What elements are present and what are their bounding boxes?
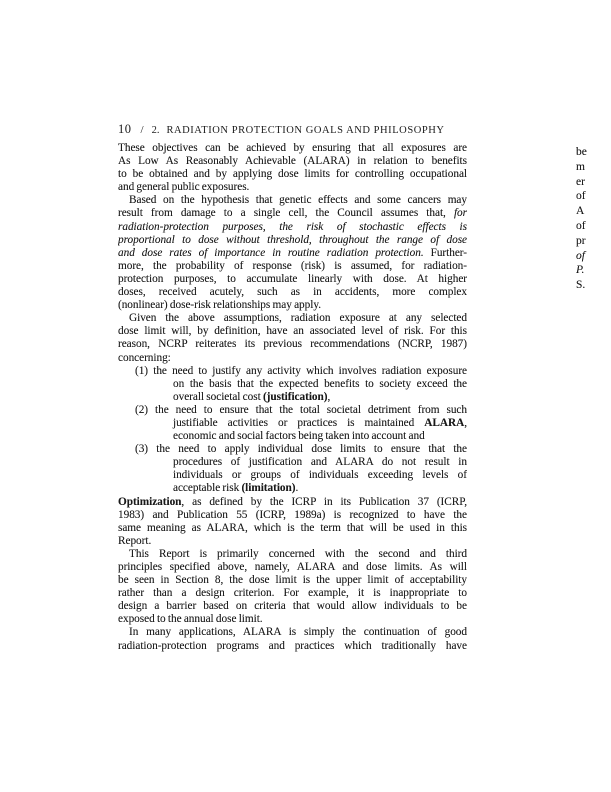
text-line: more, the probability of response (risk)…	[118, 260, 467, 273]
text-segment: Optimization	[118, 496, 181, 508]
text-line: Given the above assumptions, radiation e…	[118, 312, 467, 325]
text-line: These objectives can be achieved by ensu…	[118, 142, 467, 155]
text-line: This Report is primarily concerned with …	[118, 548, 467, 561]
text-segment: be seen in Section 8, the dose limit is …	[118, 574, 467, 586]
text-segment: These objectives can be achieved by ensu…	[118, 142, 467, 154]
text-line: In many applications, ALARA is simply th…	[118, 626, 467, 639]
text-line: to be obtained and by applying dose limi…	[118, 168, 467, 181]
text-segment: on the basis that the expected benefits …	[173, 378, 467, 390]
body-text: These objectives can be achieved by ensu…	[118, 142, 467, 653]
text-line: proportional to dose without threshold, …	[118, 234, 467, 247]
text-segment: protection purposes, to accumulate linea…	[118, 273, 467, 285]
text-line: procedures of justification and ALARA do…	[118, 456, 467, 469]
text-line: principles specified above, namely, ALAR…	[118, 561, 467, 574]
text-line: rather than a design criterion. For exam…	[118, 587, 467, 600]
text-segment: radiation-protection programs and practi…	[118, 640, 467, 652]
text-segment: reason, NCRP reiterates its previous rec…	[118, 338, 467, 350]
text-line: doses, received acutely, such as in acci…	[118, 286, 467, 299]
text-segment: 1983) and Publication 55 (ICRP, 1989a) i…	[118, 509, 467, 521]
text-line: reason, NCRP reiterates its previous rec…	[118, 338, 467, 351]
text-line: exposed to the annual dose limit.	[118, 613, 467, 626]
text-segment: In many applications, ALARA is simply th…	[129, 626, 467, 638]
facing-page-text-fragment: of	[576, 249, 611, 264]
text-segment: Given the above assumptions, radiation e…	[129, 312, 467, 324]
text-line: design a barrier based on criteria that …	[118, 600, 467, 613]
text-segment: to be obtained and by applying dose limi…	[118, 168, 467, 180]
text-line: result from damage to a single cell, the…	[118, 207, 467, 220]
text-segment: As Low As Reasonably Achievable (ALARA) …	[118, 155, 467, 167]
text-segment: economic and social factors being taken …	[173, 430, 425, 442]
text-segment: rather than a design criterion. For exam…	[118, 587, 467, 599]
chapter-title: RADIATION PROTECTION GOALS AND PHILOSOPH…	[166, 125, 444, 136]
facing-page-text-fragment: S.	[576, 278, 611, 293]
text-line: individuals or groups of individuals exc…	[118, 469, 467, 482]
text-line: Report.	[118, 535, 467, 548]
text-segment: ,	[327, 391, 330, 403]
text-line: economic and social factors being taken …	[118, 430, 467, 443]
text-segment: procedures of justification and ALARA do…	[173, 456, 467, 468]
header-separator: /	[141, 124, 144, 136]
text-segment: Report.	[118, 535, 151, 547]
text-segment: concerning:	[118, 352, 171, 364]
text-segment: proportional to dose without threshold, …	[118, 234, 467, 246]
facing-page-fragments: bemerofAofprofP.S.	[576, 145, 611, 293]
facing-page-text-fragment: A	[576, 204, 611, 219]
text-segment: more, the probability of response (risk)…	[118, 260, 467, 272]
text-line: protection purposes, to accumulate linea…	[118, 273, 467, 286]
scanned-document-page: 10/2.RADIATION PROTECTION GOALS AND PHIL…	[0, 0, 611, 792]
page-number: 10	[118, 122, 132, 136]
facing-page-text-fragment: of	[576, 189, 611, 204]
facing-page-text-fragment: be	[576, 145, 611, 160]
facing-page-text-fragment: P.	[576, 263, 611, 278]
text-segment: radiation-protection purposes, the risk …	[118, 221, 467, 233]
text-segment: exposed to the annual dose limit.	[118, 613, 263, 625]
text-line: 1983) and Publication 55 (ICRP, 1989a) i…	[118, 509, 467, 522]
text-segment: overall societal cost	[173, 391, 263, 403]
text-line: acceptable risk (limitation).	[118, 482, 467, 495]
text-line: Optimization, as defined by the ICRP in …	[118, 496, 467, 509]
text-line: As Low As Reasonably Achievable (ALARA) …	[118, 155, 467, 168]
text-line: (1) the need to justify any activity whi…	[118, 365, 467, 378]
text-segment: doses, received acutely, such as in acci…	[118, 286, 467, 298]
text-segment: individuals or groups of individuals exc…	[173, 469, 467, 481]
text-segment: design a barrier based on criteria that …	[118, 600, 467, 612]
chapter-number: 2.	[152, 125, 160, 136]
text-segment: acceptable risk	[173, 482, 241, 494]
text-line: be seen in Section 8, the dose limit is …	[118, 574, 467, 587]
text-segment: (2) the need to ensure that the total so…	[135, 404, 467, 416]
text-segment: ,	[464, 417, 467, 429]
text-segment: This Report is primarily concerned with …	[129, 548, 467, 560]
text-line: Based on the hypothesis that genetic eff…	[118, 194, 467, 207]
text-segment: (limitation)	[241, 482, 295, 494]
text-segment: result from damage to a single cell, the…	[118, 207, 454, 219]
text-segment: dose limit will, by definition, have an …	[118, 325, 467, 337]
text-segment: (nonlinear) dose-risk relationships may …	[118, 299, 321, 311]
facing-page-text-fragment: of	[576, 219, 611, 234]
text-segment: ALARA	[424, 417, 464, 429]
text-segment: (1) the need to justify any activity whi…	[135, 365, 467, 377]
text-line: and general public exposures.	[118, 181, 467, 194]
running-header: 10/2.RADIATION PROTECTION GOALS AND PHIL…	[118, 120, 445, 138]
text-segment: and general public exposures.	[118, 181, 249, 193]
text-segment: justifiable activities or practices is m…	[173, 417, 424, 429]
text-segment: .	[295, 482, 298, 494]
text-segment: (3) the need to apply individual dose li…	[135, 443, 467, 455]
text-segment: , as defined by the ICRP in its Publicat…	[181, 496, 467, 508]
text-line: justifiable activities or practices is m…	[118, 417, 467, 430]
text-line: on the basis that the expected benefits …	[118, 378, 467, 391]
text-line: overall societal cost (justification),	[118, 391, 467, 404]
text-line: (2) the need to ensure that the total so…	[118, 404, 467, 417]
text-line: same meaning as ALARA, which is the term…	[118, 522, 467, 535]
text-line: (nonlinear) dose-risk relationships may …	[118, 299, 467, 312]
text-segment: (justification)	[263, 391, 328, 403]
text-segment: principles specified above, namely, ALAR…	[118, 561, 467, 573]
text-line: dose limit will, by definition, have an …	[118, 325, 467, 338]
facing-page-text-fragment: er	[576, 175, 611, 190]
text-segment: and dose rates of importance in routine …	[118, 247, 424, 259]
text-segment: for	[454, 207, 467, 219]
text-segment: Based on the hypothesis that genetic eff…	[129, 194, 467, 206]
text-line: radiation-protection programs and practi…	[118, 640, 467, 653]
text-segment: same meaning as ALARA, which is the term…	[118, 522, 467, 534]
text-line: (3) the need to apply individual dose li…	[118, 443, 467, 456]
text-line: concerning:	[118, 352, 467, 365]
facing-page-text-fragment: m	[576, 160, 611, 175]
text-segment: Further-	[424, 247, 467, 259]
text-line: and dose rates of importance in routine …	[118, 247, 467, 260]
facing-page-text-fragment: pr	[576, 234, 611, 249]
text-line: radiation-protection purposes, the risk …	[118, 221, 467, 234]
